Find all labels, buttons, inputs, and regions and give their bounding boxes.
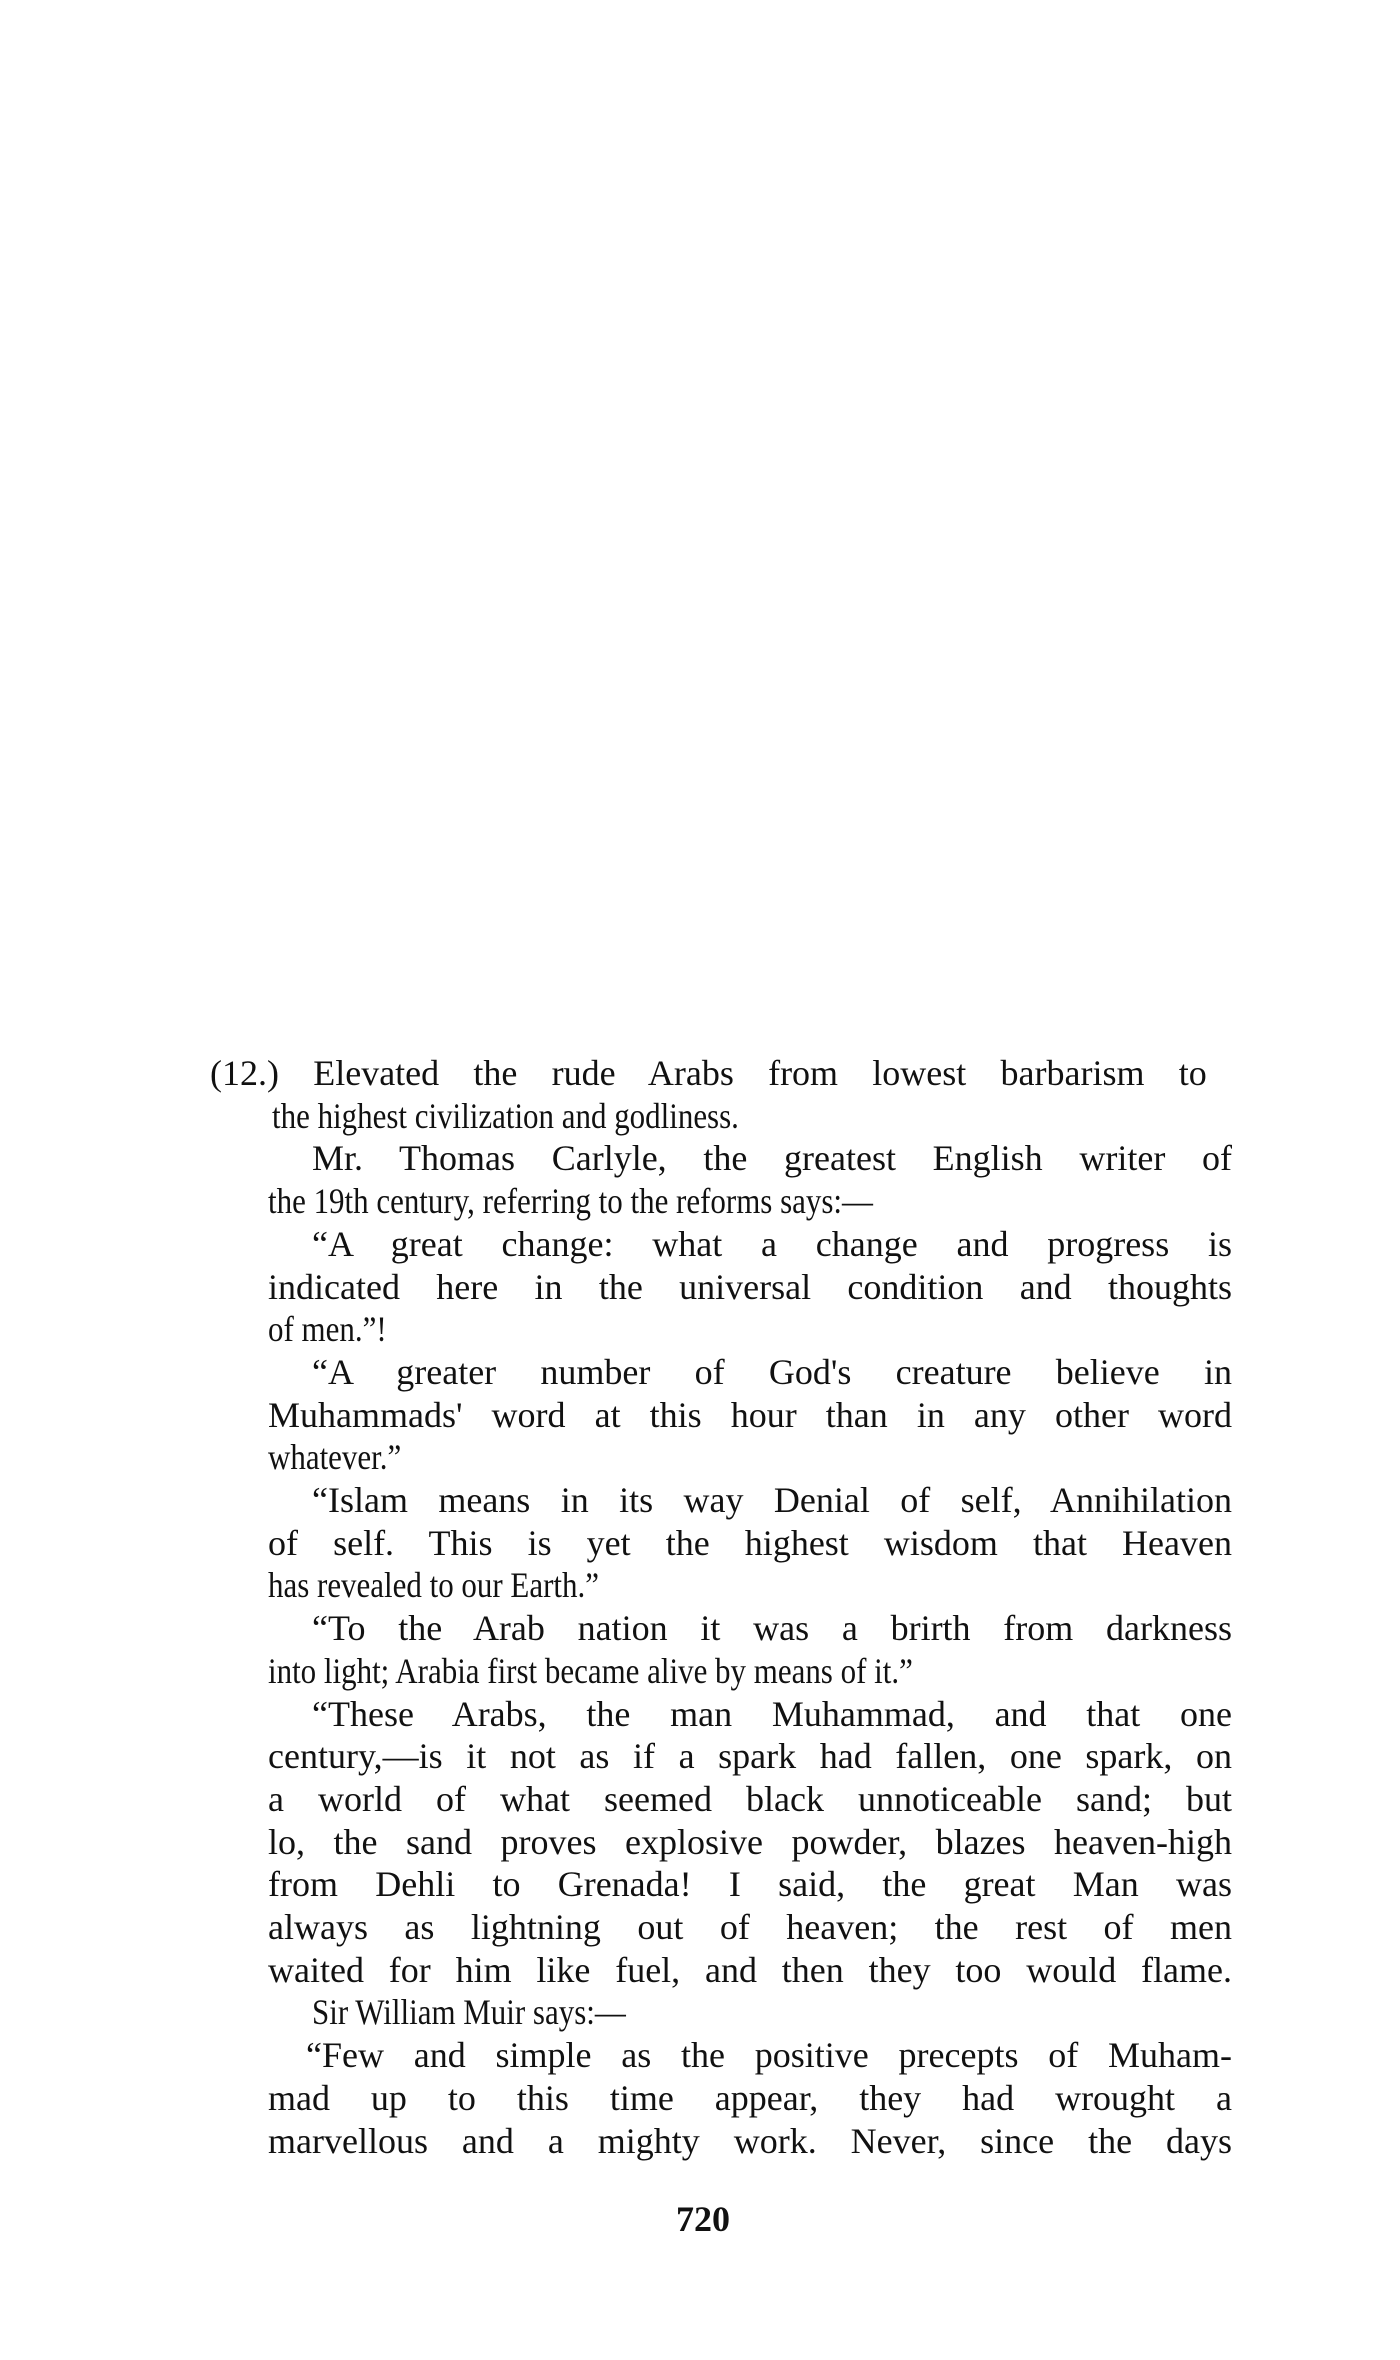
text-line: always as lightning out of heaven; the r… (268, 1909, 1232, 1945)
text-line: of self. This is yet the highest wisdom … (268, 1525, 1232, 1561)
page-number: 720 (640, 2198, 766, 2240)
text-line: the 19th century, referring to the refor… (268, 1183, 873, 1219)
text-line: waited for him like fuel, and then they … (268, 1952, 1232, 1988)
text-line: from Dehli to Grenada! I said, the great… (268, 1866, 1232, 1902)
text-line: of men.”! (268, 1311, 387, 1347)
text-line: “Few and simple as the positive precepts… (306, 2037, 1232, 2073)
text-line: “A greater number of God's creature beli… (312, 1354, 1232, 1390)
text-line: marvellous and a mighty work. Never, sin… (268, 2123, 1232, 2159)
text-line: indicated here in the universal conditio… (268, 1269, 1232, 1305)
text-line: mad up to this time appear, they had wro… (268, 2080, 1232, 2116)
text-line: Muhammads' word at this hour than in any… (268, 1397, 1232, 1433)
text-line: (12.) Elevated the rude Arabs from lowes… (210, 1055, 1207, 1091)
text-line: into light; Arabia first became alive by… (268, 1653, 913, 1689)
text-line: lo, the sand proves explosive powder, bl… (268, 1824, 1232, 1860)
text-line: “A great change: what a change and progr… (312, 1226, 1232, 1262)
text-line: Mr. Thomas Carlyle, the greatest English… (312, 1140, 1232, 1176)
text-line: Sir William Muir says:— (312, 1994, 626, 2030)
text-line: “Islam means in its way Denial of self, … (312, 1482, 1232, 1518)
text-line: the highest civilization and godliness. (272, 1098, 739, 1134)
text-line: “To the Arab nation it was a brirth from… (312, 1610, 1232, 1646)
text-line: “These Arabs, the man Muhammad, and that… (312, 1696, 1232, 1732)
text-line: century,—is it not as if a spark had fal… (268, 1738, 1232, 1774)
text-line: has revealed to our Earth.” (268, 1567, 599, 1603)
document-page: (12.) Elevated the rude Arabs from lowes… (0, 0, 1400, 2360)
text-line: whatever.” (268, 1439, 401, 1475)
text-line: a world of what seemed black unnoticeabl… (268, 1781, 1232, 1817)
